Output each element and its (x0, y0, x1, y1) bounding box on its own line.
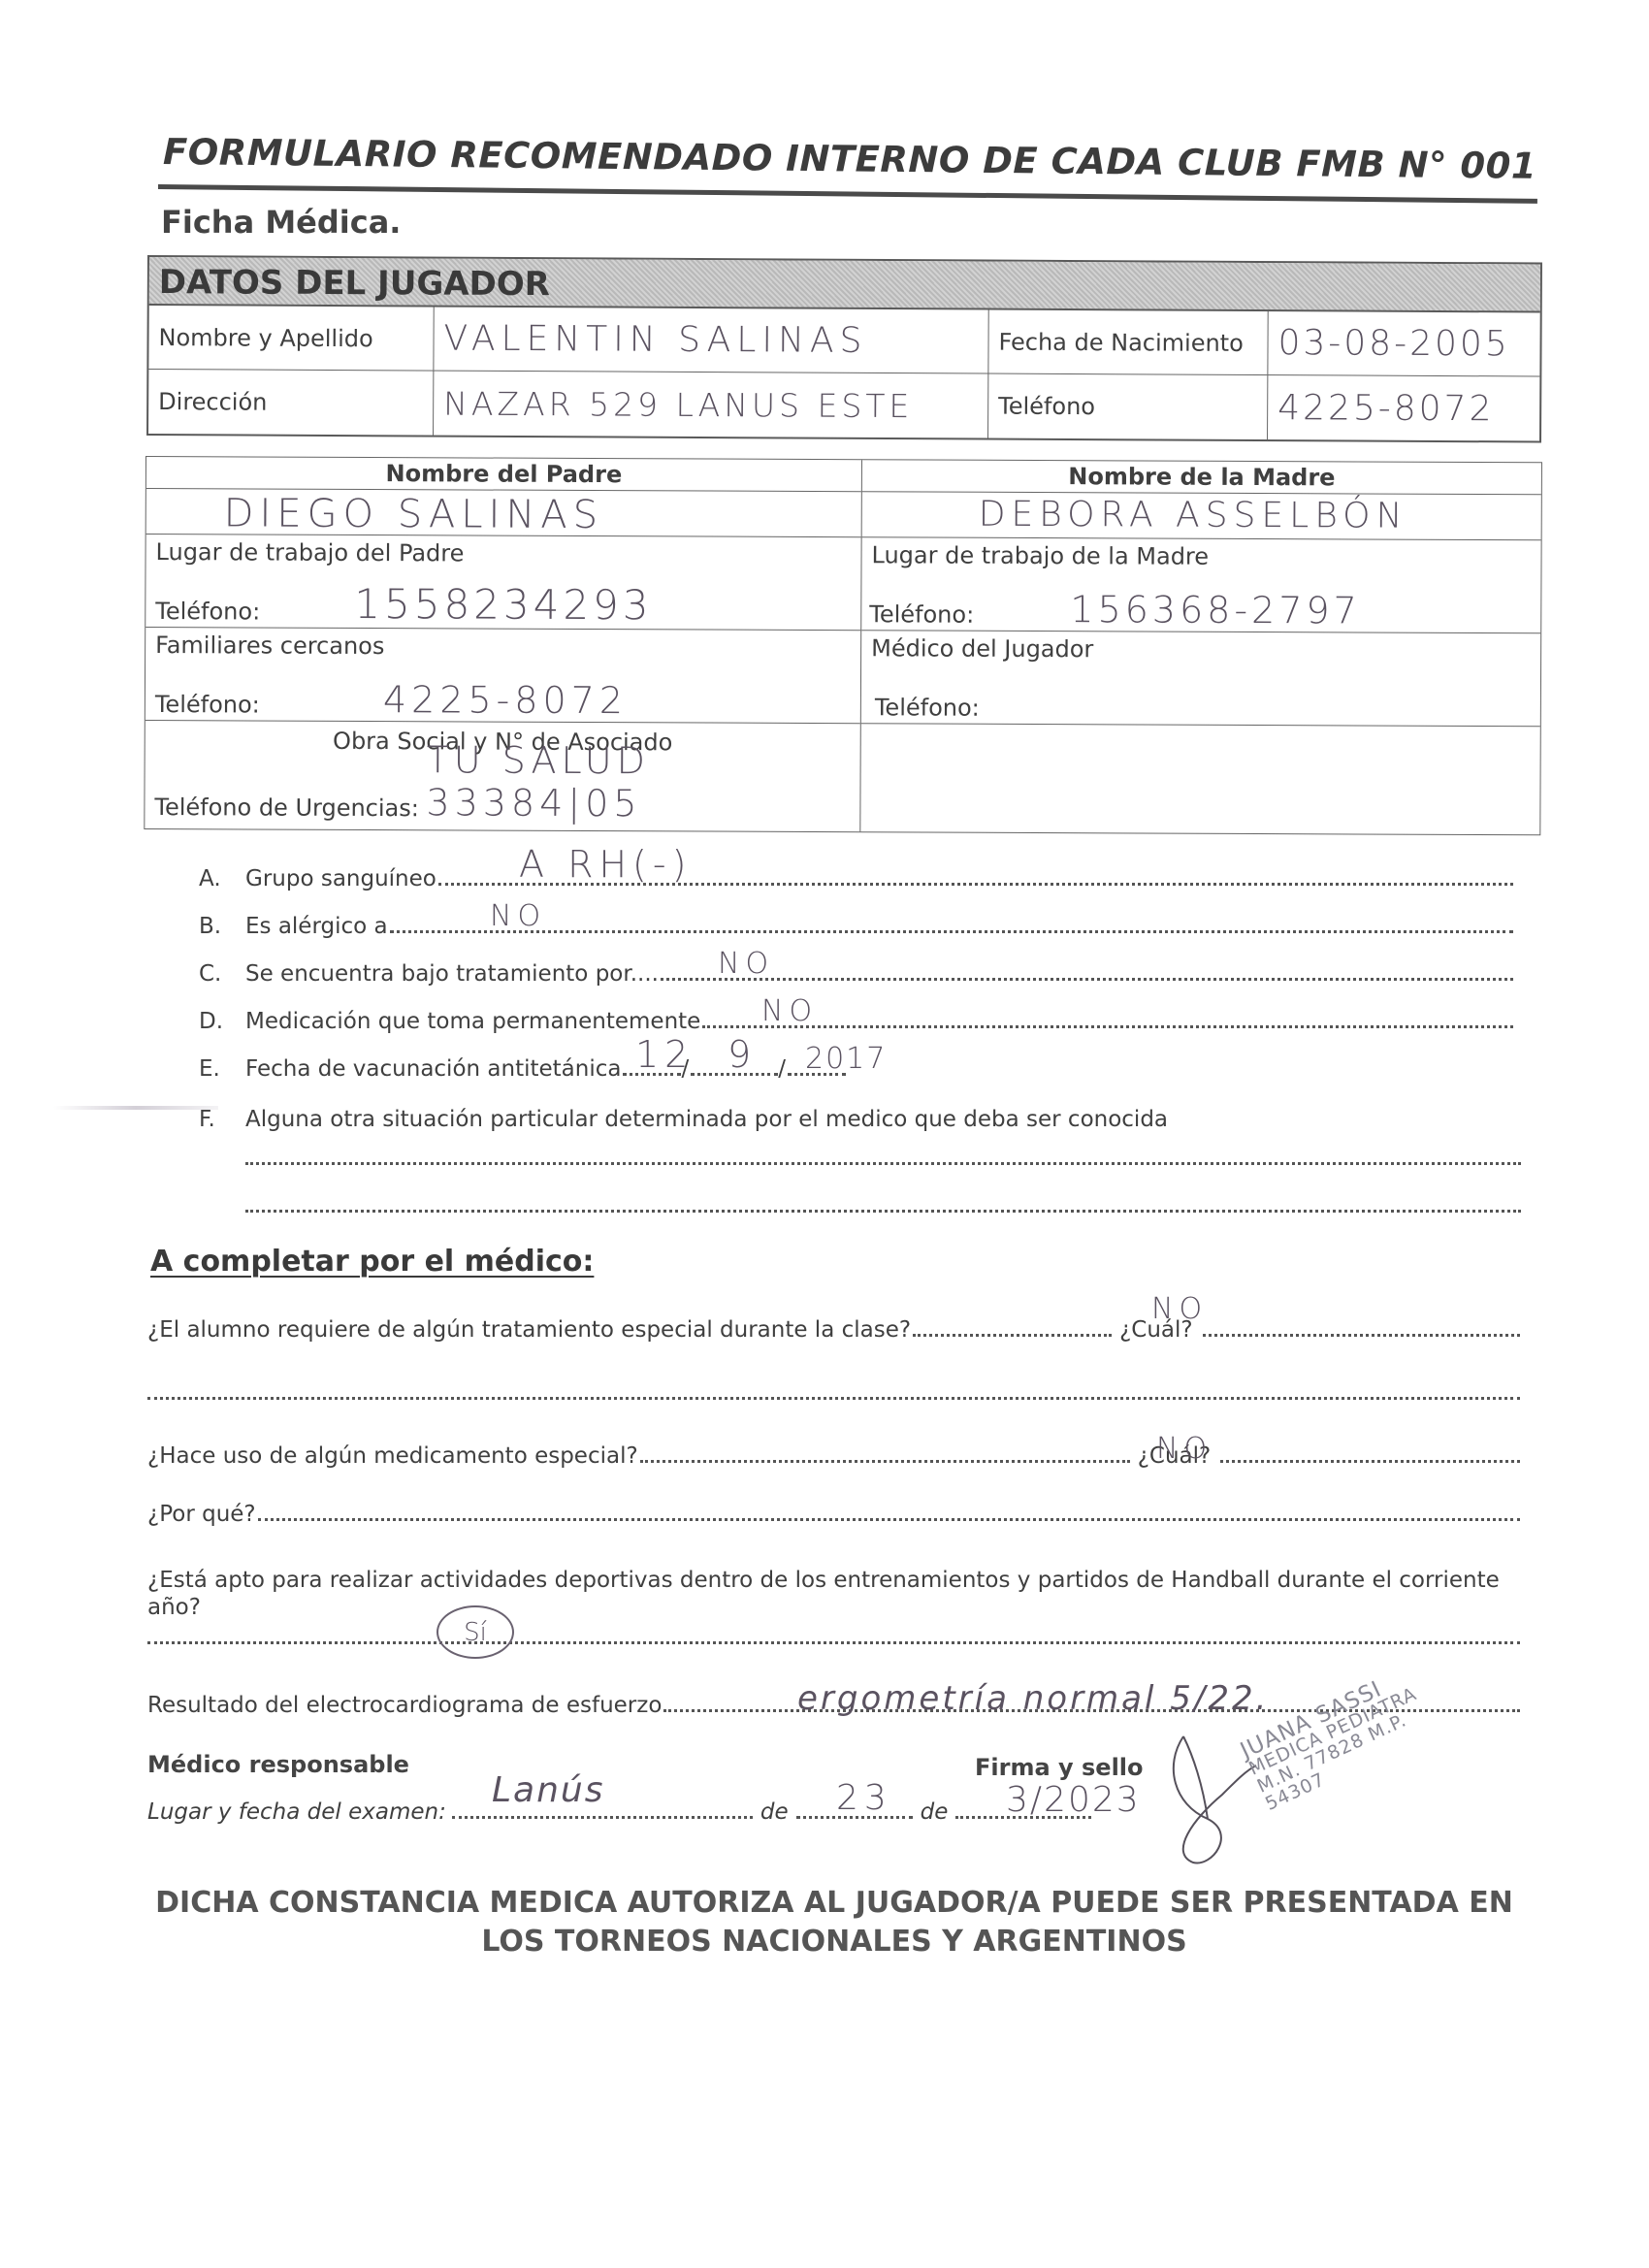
doctor-treatment-line[interactable] (147, 1397, 1520, 1400)
phone-label: Teléfono (988, 374, 1268, 440)
vaccination-year: 2017 (805, 1042, 887, 1076)
player-doctor-label: Médico del Jugador (871, 634, 1093, 663)
doctor-section-title: A completar por el médico: (150, 1245, 594, 1279)
father-phone-label: Teléfono: (155, 598, 260, 625)
ecg-value: ergometría normal 5/22. (797, 1679, 1269, 1718)
question-label: Medicación que toma permanentemente (245, 1009, 700, 1034)
birth-field[interactable]: 03-08-2005 (1268, 311, 1539, 375)
answer-line (390, 930, 1513, 933)
question-label: ¿Hace uso de algún medicamento especial? (147, 1443, 638, 1469)
answer-line (702, 1025, 1513, 1028)
footer-line-2: LOS TORNEOS NACIONALES Y ARGENTINOS (145, 1923, 1523, 1961)
relatives-phone-label: Teléfono: (155, 691, 260, 718)
birth-label: Fecha de Nacimiento (988, 310, 1268, 375)
mother-work-label: Lugar de trabajo de la Madre (871, 541, 1209, 570)
question-b[interactable]: B. Es alérgico a NO (199, 891, 1513, 939)
question-e[interactable]: E. Fecha de vacunación antitetánica / / … (199, 1034, 1513, 1082)
footer-line-1: DICHA CONSTANCIA MEDICA AUTORIZA AL JUGA… (145, 1884, 1523, 1923)
player-doctor-phone-label: Teléfono: (875, 694, 980, 721)
father-work-field[interactable]: Lugar de trabajo del Padre Teléfono: 155… (145, 535, 860, 631)
question-f-line-2[interactable] (245, 1210, 1521, 1213)
question-label: ¿El alumno requiere de algún tratamiento… (147, 1317, 911, 1343)
name-value: VALENTIN SALINAS (443, 319, 867, 361)
question-label: ¿Está apto para realizar actividades dep… (147, 1568, 1500, 1620)
ecg-label: Resultado del electrocardiograma de esfu… (147, 1693, 662, 1718)
answer-value: A RH(-) (519, 843, 692, 886)
address-field[interactable]: NAZAR 529 LANUS ESTE (434, 372, 988, 438)
address-value: NAZAR 529 LANUS ESTE (443, 384, 913, 425)
doctor-question-treatment[interactable]: ¿El alumno requiere de algún tratamiento… (147, 1317, 1520, 1343)
mother-name-field[interactable]: DEBORA ASSELBÓN (862, 492, 1541, 540)
doctor-stamp: JUANA SASSI MEDICA PEDIATRA M.N. 77828 M… (1238, 1649, 1472, 1814)
form-subtitle: Ficha Médica. (161, 204, 401, 241)
question-f: F. Alguna otra situación particular dete… (199, 1082, 1513, 1132)
player-section-title: DATOS DEL JUGADOR (149, 257, 1540, 313)
doctor-question-medication[interactable]: ¿Hace uso de algún medicamento especial?… (147, 1443, 1520, 1469)
player-row-name: Nombre y Apellido VALENTIN SALINAS Fecha… (148, 306, 1539, 377)
empty-cell (860, 724, 1539, 828)
question-letter: D. (199, 1009, 245, 1034)
player-row-address: Dirección NAZAR 529 LANUS ESTE Teléfono … (148, 370, 1539, 441)
answer-line (913, 1334, 1112, 1337)
question-letter: F. (199, 1107, 245, 1132)
father-phone-value: 1558234293 (354, 580, 652, 629)
fit-answer-value: Sí (464, 1618, 487, 1647)
question-label: Fecha de vacunación antitetánica (245, 1056, 621, 1082)
date-separator: / (778, 1056, 786, 1082)
mother-phone-value: 156368-2797 (1070, 588, 1361, 632)
which-line (1203, 1334, 1520, 1337)
answer-value: NO (718, 947, 774, 981)
responsible-doctor-label: Médico responsable (147, 1751, 409, 1778)
month-year-value: 3/2023 (1006, 1780, 1141, 1820)
insurance-value: TU SALUD 33384|05 (426, 738, 859, 826)
place-value: Lanús (492, 1770, 605, 1810)
mother-phone-label: Teléfono: (869, 600, 974, 628)
father-work-label: Lugar de trabajo del Padre (156, 538, 465, 567)
father-name-field[interactable]: DIEGO SALINAS (146, 489, 861, 537)
fit-answer-circle: Sí (436, 1605, 514, 1659)
question-label: ¿Por qué? (147, 1502, 256, 1527)
question-letter: B. (199, 914, 245, 939)
answer-line (661, 978, 1513, 981)
birth-value: 03-08-2005 (1277, 323, 1509, 364)
signature-label: Firma y sello (975, 1754, 1144, 1781)
parents-table: Nombre del Padre DIEGO SALINAS Lugar de … (144, 456, 1542, 835)
title-rule (158, 184, 1537, 204)
phone-field[interactable]: 4225-8072 (1268, 375, 1539, 440)
day-value: 23 (836, 1778, 892, 1818)
question-d[interactable]: D. Medicación que toma permanentemente N… (199, 987, 1513, 1034)
footer-note: DICHA CONSTANCIA MEDICA AUTORIZA AL JUGA… (145, 1884, 1523, 1961)
father-name-value: DIEGO SALINAS (224, 491, 604, 537)
answer-line (640, 1460, 1130, 1463)
question-label: Se encuentra bajo tratamiento por.... (245, 961, 659, 987)
which-line (1220, 1460, 1520, 1463)
answer-value: NO (1151, 1292, 1208, 1326)
emergency-phone-label: Teléfono de Urgencias: (154, 794, 419, 822)
name-field[interactable]: VALENTIN SALINAS (434, 308, 988, 373)
question-label: Alguna otra situación particular determi… (245, 1107, 1168, 1132)
phone-value: 4225-8072 (1277, 388, 1494, 429)
de-label: de (753, 1799, 796, 1825)
form-title: FORMULARIO RECOMENDADO INTERNO DE CADA C… (163, 131, 1537, 187)
exam-place-date-row[interactable]: Lugar y fecha del examen: de de Lanús 23… (147, 1799, 1147, 1825)
relatives-field[interactable]: Familiares cercanos Teléfono: 4225-8072 (145, 628, 860, 724)
answer-value: NO (490, 899, 546, 933)
place-line (452, 1816, 753, 1819)
fit-answer-line[interactable] (147, 1641, 1520, 1644)
health-questions: A. Grupo sanguíneo A RH(-) B. Es alérgic… (199, 844, 1513, 1132)
answer-line (258, 1518, 1520, 1521)
mother-column: Nombre de la Madre DEBORA ASSELBÓN Lugar… (860, 460, 1541, 834)
relatives-phone-value: 4225-8072 (383, 678, 628, 722)
mother-header: Nombre de la Madre (862, 460, 1541, 495)
question-label: Grupo sanguíneo (245, 866, 436, 891)
doctor-question-fit: ¿Está apto para realizar actividades dep… (147, 1567, 1505, 1621)
father-header: Nombre del Padre (146, 457, 861, 492)
father-column: Nombre del Padre DIEGO SALINAS Lugar de … (145, 457, 862, 831)
relatives-label: Familiares cercanos (155, 632, 384, 660)
question-letter: E. (199, 1056, 245, 1082)
place-date-label: Lugar y fecha del examen: (147, 1799, 446, 1825)
player-doctor-field[interactable]: Médico del Jugador Teléfono: (861, 631, 1540, 727)
question-label: Es alérgico a (245, 914, 388, 939)
insurance-field[interactable]: Obra Social y N° de Asociado Teléfono de… (145, 721, 859, 826)
question-a[interactable]: A. Grupo sanguíneo A RH(-) (199, 844, 1513, 891)
question-letter: A. (199, 866, 245, 891)
question-f-line-1[interactable] (245, 1162, 1521, 1165)
mother-name-value: DEBORA ASSELBÓN (979, 495, 1408, 536)
player-data-table: DATOS DEL JUGADOR Nombre y Apellido VALE… (146, 255, 1542, 443)
scan-smudge (53, 1106, 218, 1110)
vaccination-day: 12 (635, 1033, 694, 1076)
vaccination-month: 9 (727, 1033, 757, 1076)
answer-value: NO (761, 994, 818, 1028)
address-label: Dirección (148, 370, 434, 436)
de-label: de (913, 1799, 956, 1825)
question-letter: C. (199, 961, 245, 987)
answer-value: NO (1156, 1432, 1212, 1466)
question-c[interactable]: C. Se encuentra bajo tratamiento por....… (199, 939, 1513, 987)
mother-work-field[interactable]: Lugar de trabajo de la Madre Teléfono: 1… (861, 537, 1540, 633)
doctor-question-why[interactable]: ¿Por qué? (147, 1502, 1520, 1527)
name-label: Nombre y Apellido (148, 306, 434, 371)
